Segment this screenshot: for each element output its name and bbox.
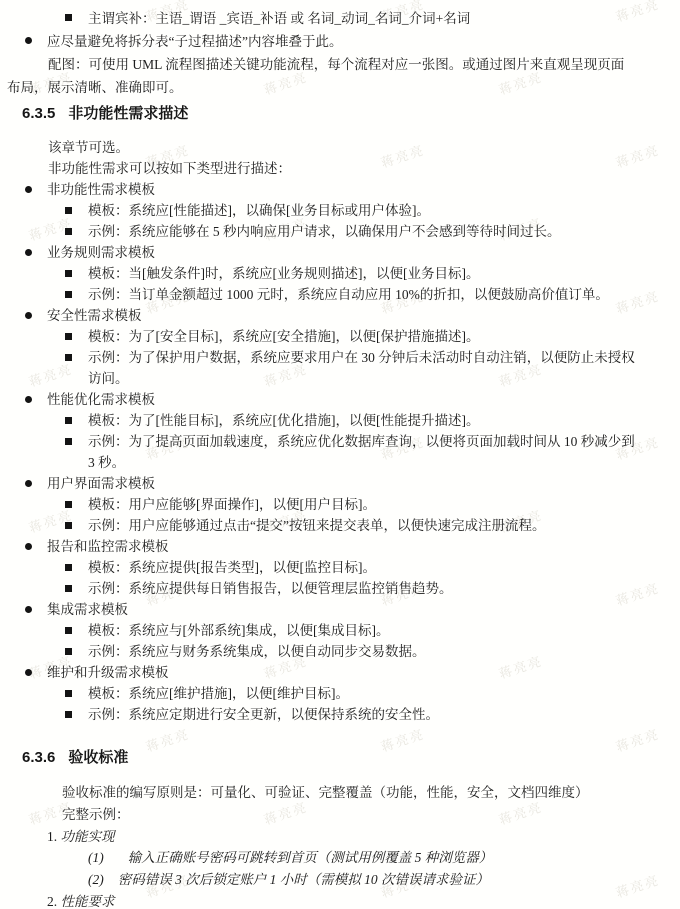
heading-number: 6.3.6 <box>22 749 55 766</box>
group-name: 业务规则需求模板 <box>47 245 155 260</box>
sub-bullet-item: 模板：为了[安全目标]，系统应[安全措施]，以便[保护措施描述]。 <box>0 326 680 347</box>
item-title: 性能要求 <box>61 894 115 909</box>
example-text: 示例：为了保护用户数据，系统应要求用户在 30 分钟后未活动时自动注销，以便防止… <box>88 350 635 365</box>
heading-title: 验收标准 <box>68 749 128 766</box>
sub-bullet-item: 模板：系统应[性能描述]，以确保[业务目标或用户体验]。 <box>0 200 680 221</box>
sub-bullet-item: 示例：系统应定期进行安全更新，以便保持系统的安全性。 <box>0 704 680 725</box>
sub-bullet-item: 主谓宾补：主语_谓语 _宾语_补语 或 名词_动词_名词_介词+名词 <box>0 7 680 30</box>
item-number: 1. <box>47 829 57 844</box>
example-text: 访问。 <box>88 371 129 386</box>
template-text: 模板：系统应[性能描述]，以确保[业务目标或用户体验]。 <box>88 203 430 218</box>
square-bullet-icon <box>65 417 72 424</box>
sub-numbered-item: (1)输入正确账号密码可跳转到首页（测试用例覆盖 5 种浏览器） <box>0 847 680 869</box>
square-bullet-icon <box>65 333 72 340</box>
bullet-text: 应尽量避免将拆分表“子过程描述”内容堆叠于此。 <box>47 34 342 49</box>
paragraph-line: 布局，展示清晰、准确即可。 <box>0 76 680 99</box>
group-name: 报告和监控需求模板 <box>47 539 169 554</box>
bullet-item: 性能优化需求模板 <box>0 389 680 410</box>
section-636-body: 验收标准的编写原则是：可量化、可验证、完整覆盖（功能，性能，安全，文档四维度） … <box>0 782 680 909</box>
square-bullet-icon <box>65 522 72 529</box>
template-text: 模板：系统应[维护措施]，以便[维护目标]。 <box>88 686 349 701</box>
square-bullet-icon <box>65 270 72 277</box>
sub-bullet-item: 模板：系统应提供[报告类型]，以便[监控目标]。 <box>0 557 680 578</box>
sub-numbered-item: (2)密码错误 3 次后锁定账户 1 小时（需模拟 10 次错误请求验证） <box>0 869 680 891</box>
square-bullet-icon <box>65 585 72 592</box>
paragraph-text: 该章节可选。 <box>48 140 129 155</box>
square-bullet-icon <box>65 438 72 445</box>
square-bullet-icon <box>65 14 72 21</box>
square-bullet-icon <box>65 501 72 508</box>
paragraph-text: 完整示例： <box>62 807 130 822</box>
intro-block: 主谓宾补：主语_谓语 _宾语_补语 或 名词_动词_名词_介词+名词 应尽量避免… <box>0 7 680 99</box>
circle-bullet-icon <box>25 249 32 256</box>
item-title: 功能实现 <box>61 829 115 844</box>
bullet-item: 安全性需求模板 <box>0 305 680 326</box>
circle-bullet-icon <box>25 312 32 319</box>
square-bullet-icon <box>65 627 72 634</box>
group-name: 非功能性需求模板 <box>47 182 155 197</box>
sub-bullet-text: 主谓宾补：主语_谓语 _宾语_补语 或 名词_动词_名词_介词+名词 <box>88 11 470 26</box>
square-bullet-icon <box>65 207 72 214</box>
item-number: (1) <box>88 850 104 865</box>
sub-bullet-item: 示例：系统应提供每日销售报告，以便管理层监控销售趋势。 <box>0 578 680 599</box>
numbered-item: 2. 性能要求 <box>0 891 680 909</box>
sub-bullet-item: 模板：系统应[维护措施]，以便[维护目标]。 <box>0 683 680 704</box>
example-text: 示例：系统应定期进行安全更新，以便保持系统的安全性。 <box>88 707 439 722</box>
item-number: (2) <box>88 872 104 887</box>
item-number: 2. <box>47 894 57 909</box>
paragraph-line: 该章节可选。 <box>0 137 680 158</box>
square-bullet-icon <box>65 648 72 655</box>
square-bullet-icon <box>65 354 72 361</box>
heading-number: 6.3.5 <box>22 105 55 122</box>
example-continuation: 3 秒。 <box>0 452 680 473</box>
numbered-item: 1. 功能实现 <box>0 826 680 848</box>
template-text: 模板：用户应能够[界面操作]，以便[用户目标]。 <box>88 497 376 512</box>
bullet-item: 非功能性需求模板 <box>0 179 680 200</box>
bullet-item: 报告和监控需求模板 <box>0 536 680 557</box>
sub-bullet-item: 模板：为了[性能目标]，系统应[优化措施]，以便[性能提升描述]。 <box>0 410 680 431</box>
section-635-body: 该章节可选。 非功能性需求可以按如下类型进行描述： 非功能性需求模板 模板：系统… <box>0 137 680 725</box>
template-text: 模板：系统应与[外部系统]集成，以便[集成目标]。 <box>88 623 389 638</box>
paragraph-text: 验收标准的编写原则是：可量化、可验证、完整覆盖（功能，性能，安全，文档四维度） <box>62 785 589 800</box>
template-text: 模板：为了[性能目标]，系统应[优化措施]，以便[性能提升描述]。 <box>88 413 479 428</box>
item-text: 输入正确账号密码可跳转到首页（测试用例覆盖 5 种浏览器） <box>128 850 493 865</box>
template-text: 模板：当[触发条件]时，系统应[业务规则描述]，以便[业务目标]。 <box>88 266 479 281</box>
template-text: 模板：系统应提供[报告类型]，以便[监控目标]。 <box>88 560 376 575</box>
paragraph-line: 验收标准的编写原则是：可量化、可验证、完整覆盖（功能，性能，安全，文档四维度） <box>0 782 680 804</box>
sub-bullet-item: 示例：为了保护用户数据，系统应要求用户在 30 分钟后未活动时自动注销，以便防止… <box>0 347 680 368</box>
example-text: 示例：系统应提供每日销售报告，以便管理层监控销售趋势。 <box>88 581 453 596</box>
example-text: 示例：系统应与财务系统集成，以便自动同步交易数据。 <box>88 644 426 659</box>
sub-bullet-item: 示例：当订单金额超过 1000 元时，系统应自动应用 10%的折扣，以便鼓励高价… <box>0 284 680 305</box>
sub-bullet-item: 模板：当[触发条件]时，系统应[业务规则描述]，以便[业务目标]。 <box>0 263 680 284</box>
paragraph-line: 配图：可使用 UML 流程图描述关键功能流程，每个流程对应一张图。或通过图片来直… <box>0 53 680 76</box>
square-bullet-icon <box>65 711 72 718</box>
example-continuation: 访问。 <box>0 368 680 389</box>
sub-bullet-item: 示例：用户应能够通过点击“提交”按钮来提交表单，以便快速完成注册流程。 <box>0 515 680 536</box>
circle-bullet-icon <box>25 669 32 676</box>
paragraph-line: 完整示例： <box>0 804 680 826</box>
example-text: 示例：用户应能够通过点击“提交”按钮来提交表单，以便快速完成注册流程。 <box>88 518 545 533</box>
template-text: 模板：为了[安全目标]，系统应[安全措施]，以便[保护措施描述]。 <box>88 329 479 344</box>
sub-bullet-item: 示例：系统应能够在 5 秒内响应用户请求，以确保用户不会感到等待时间过长。 <box>0 221 680 242</box>
section-heading-636: 6.3.6验收标准 <box>0 748 680 767</box>
circle-bullet-icon <box>25 543 32 550</box>
group-name: 维护和升级需求模板 <box>47 665 169 680</box>
example-text: 示例：为了提高页面加载速度，系统应优化数据库查询，以便将页面加载时间从 10 秒… <box>88 434 635 449</box>
example-text: 3 秒。 <box>88 455 125 470</box>
sub-bullet-item: 模板：系统应与[外部系统]集成，以便[集成目标]。 <box>0 620 680 641</box>
circle-bullet-icon <box>25 606 32 613</box>
bullet-item: 业务规则需求模板 <box>0 242 680 263</box>
bullet-item: 应尽量避免将拆分表“子过程描述”内容堆叠于此。 <box>0 30 680 53</box>
paragraph-line: 非功能性需求可以按如下类型进行描述： <box>0 158 680 179</box>
document-page: 主谓宾补：主语_谓语 _宾语_补语 或 名词_动词_名词_介词+名词 应尽量避免… <box>0 0 680 909</box>
paragraph-text: 配图：可使用 UML 流程图描述关键功能流程，每个流程对应一张图。或通过图片来直… <box>48 57 624 72</box>
square-bullet-icon <box>65 291 72 298</box>
sub-bullet-item: 示例：系统应与财务系统集成，以便自动同步交易数据。 <box>0 641 680 662</box>
circle-bullet-icon <box>25 37 32 44</box>
circle-bullet-icon <box>25 186 32 193</box>
group-name: 安全性需求模板 <box>47 308 142 323</box>
example-text: 示例：当订单金额超过 1000 元时，系统应自动应用 10%的折扣，以便鼓励高价… <box>88 287 609 302</box>
group-name: 用户界面需求模板 <box>47 476 155 491</box>
square-bullet-icon <box>65 564 72 571</box>
group-name: 集成需求模板 <box>47 602 128 617</box>
bullet-item: 维护和升级需求模板 <box>0 662 680 683</box>
heading-title: 非功能性需求描述 <box>68 105 188 122</box>
circle-bullet-icon <box>25 480 32 487</box>
square-bullet-icon <box>65 228 72 235</box>
paragraph-text: 非功能性需求可以按如下类型进行描述： <box>48 161 291 176</box>
group-name: 性能优化需求模板 <box>47 392 155 407</box>
sub-bullet-item: 模板：用户应能够[界面操作]，以便[用户目标]。 <box>0 494 680 515</box>
item-text: 密码错误 3 次后锁定账户 1 小时（需模拟 10 次错误请求验证） <box>118 872 489 887</box>
circle-bullet-icon <box>25 396 32 403</box>
bullet-item: 集成需求模板 <box>0 599 680 620</box>
bullet-item: 用户界面需求模板 <box>0 473 680 494</box>
square-bullet-icon <box>65 690 72 697</box>
paragraph-text: 布局，展示清晰、准确即可。 <box>7 80 183 95</box>
sub-bullet-item: 示例：为了提高页面加载速度，系统应优化数据库查询，以便将页面加载时间从 10 秒… <box>0 431 680 452</box>
section-heading-635: 6.3.5非功能性需求描述 <box>0 104 680 123</box>
example-text: 示例：系统应能够在 5 秒内响应用户请求，以确保用户不会感到等待时间过长。 <box>88 224 561 239</box>
